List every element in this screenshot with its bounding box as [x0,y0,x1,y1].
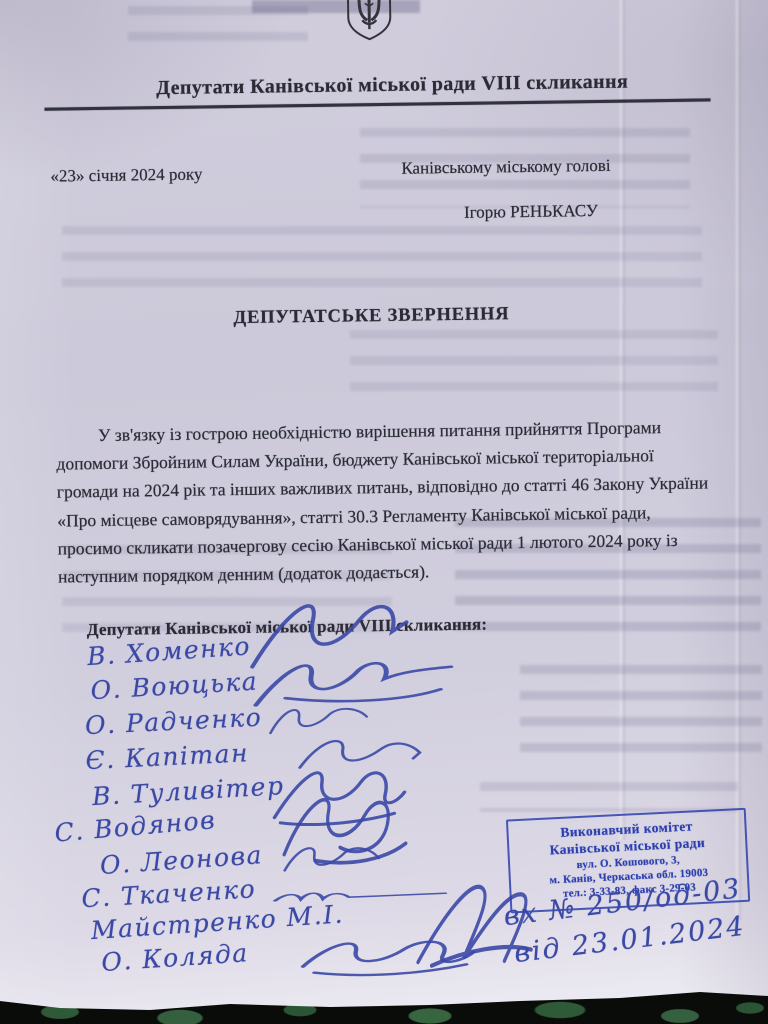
document-date: «23» січня 2024 року [50,165,202,187]
signature-flourish [291,927,482,982]
document-content: Депутати Канівської міської ради VIII ск… [0,0,768,1017]
signature-name: С. Водянов [53,805,217,847]
ukraine-trident-emblem-icon [340,0,399,42]
body-paragraph: У зв'язку із гострою необхідністю виріше… [56,412,716,591]
addressee-title: Канівському міському голові [401,156,610,179]
signature-name: О. Радченко [84,703,262,741]
signature-name: О. Коляда [100,938,249,977]
signature-name: В. Туливітер [91,771,285,811]
signature-name: О. Воюцька [90,666,259,705]
paper-sheet: Депутати Канівської міської ради VIII ск… [0,0,768,1012]
document-title: ДЕПУТАТСЬКЕ ЗВЕРНЕННЯ [211,304,531,329]
photographed-document: { "document": { "emblem_icon": "ukraine-… [0,0,768,1024]
letterhead-title: Депутати Канівської міської ради VIII ск… [112,70,672,101]
addressee-name: Ігорю РЕНЬКАСУ [464,201,598,223]
signature-flourish: Є. Капітан [85,738,250,775]
signature-name: О. Леонова [99,840,264,880]
signature-flourish [273,836,389,884]
